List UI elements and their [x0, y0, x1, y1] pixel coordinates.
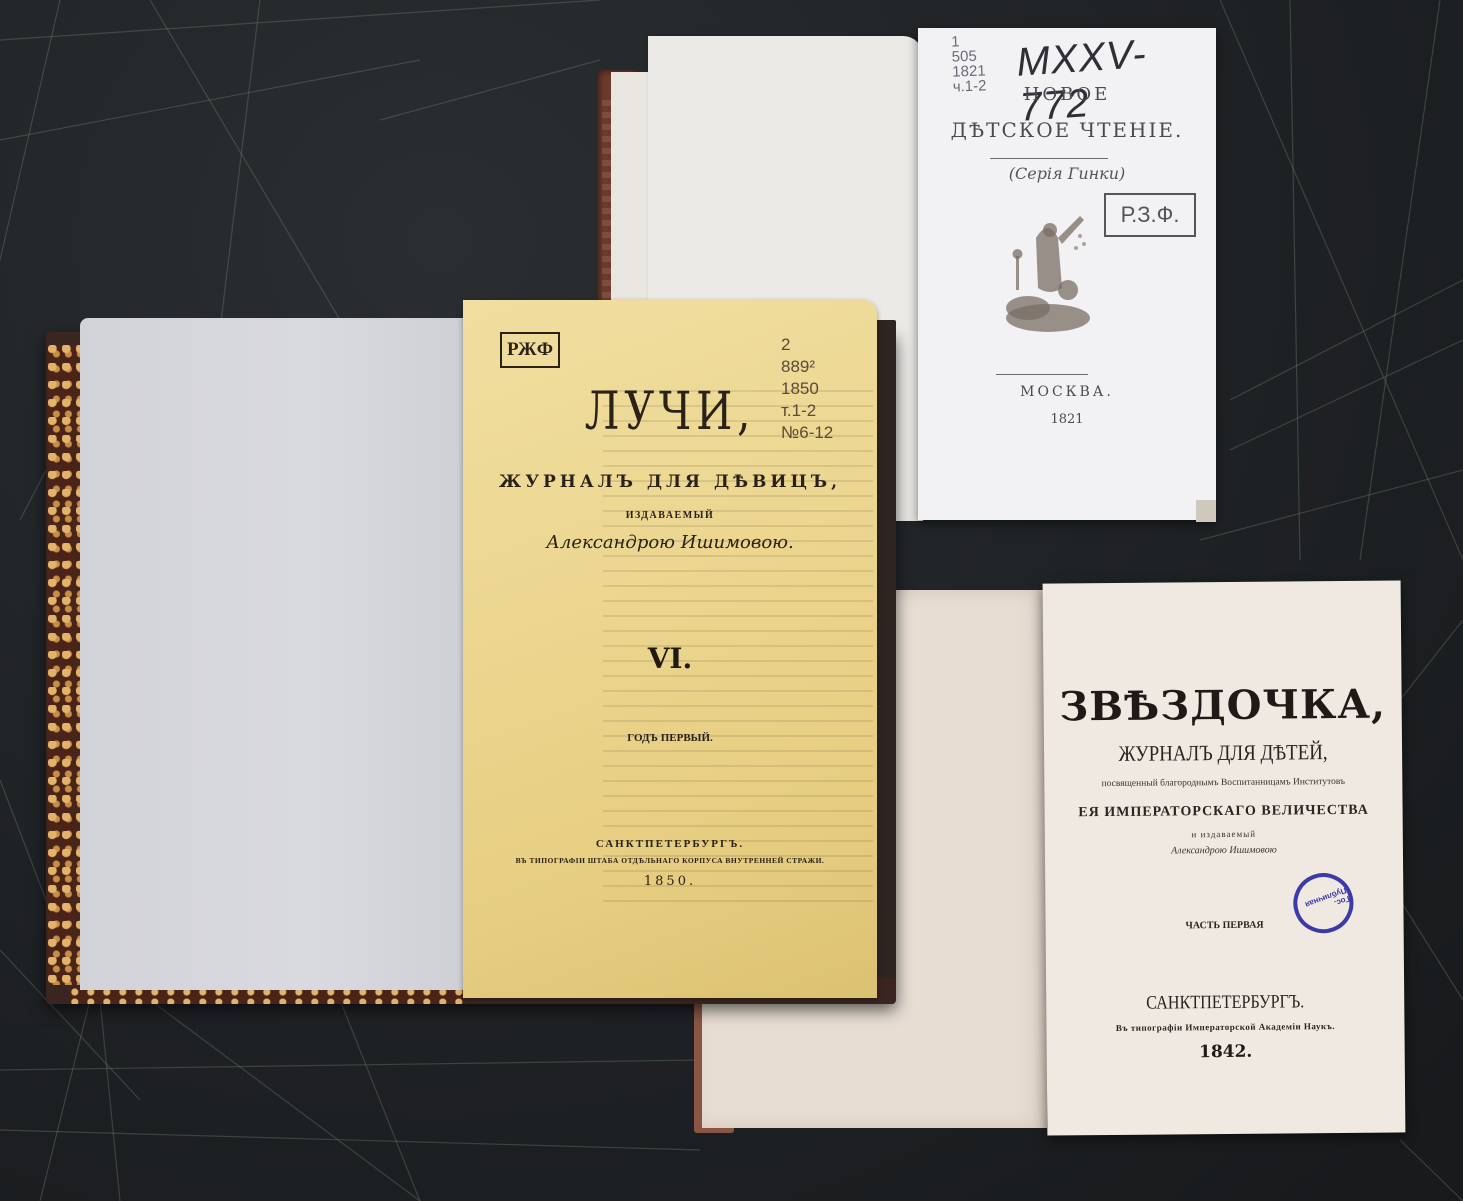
vignette-illustration-icon [988, 208, 1098, 338]
book-luchi-marbled-edge [70, 988, 465, 1004]
book-zvezdochka-published-by: и издаваемый [1045, 827, 1403, 840]
book-zvezdochka-subtitle: ЖУРНАЛЪ ДЛЯ ДѢТЕЙ, [1069, 739, 1377, 768]
book-luchi-city: САНКТПЕТЕРБУРГЪ. [463, 838, 877, 850]
book-zvezdochka-printer: Въ типографіи Императорской Академіи Нау… [1046, 1020, 1404, 1033]
divider-rule [990, 158, 1108, 159]
book-luchi-year-label: ГОДЪ ПЕРВЫЙ. [463, 732, 877, 744]
book-luchi-subtitle: ЖУРНАЛЪ ДЛЯ ДѢВИЦЪ, [463, 472, 877, 492]
book-luchi-title: ЛУЧИ, [504, 382, 835, 442]
book-luchi-flyleaf [80, 318, 466, 990]
book-zvezdochka-dedication: посвященный благороднымъ Воспитанницамъ … [1044, 776, 1402, 789]
book-zvezdochka-city: САНКТПЕТЕРБУРГЪ. [1073, 991, 1377, 1016]
book-luchi-editor: Александрою Ишимовою. [463, 532, 877, 553]
book-zvezdochka-year: 1842. [1047, 1040, 1405, 1063]
book-zvezdochka-imperial-line: ЕЯ ИМПЕРАТОРСКАГО ВЕЛИЧЕСТВА [1045, 802, 1403, 821]
book-luchi-volume: VI. [463, 642, 877, 675]
book-luchi-published-by: ИЗДАВАЕМЫЙ [463, 510, 877, 521]
book-zvezdochka-title-page: ЗВѢЗДОЧКА, ЖУРНАЛЪ ДЛЯ ДѢТЕЙ, посвященны… [1043, 580, 1406, 1135]
book-luchi-library-stamp: РЖФ [500, 332, 560, 368]
book-novoe-city: МОСКВА. [918, 384, 1216, 400]
book-luchi-title-page: РЖФ 2 889² 1850 т.1-2 №6-12 ЛУЧИ, ЖУРНАЛ… [463, 300, 877, 998]
book-luchi-year: 1850. [463, 874, 877, 889]
book-novoe-call-number: MXXV-772 [1015, 27, 1219, 131]
divider-rule [996, 374, 1088, 375]
book-zvezdochka-title: ЗВѢЗДОЧКА, [1043, 680, 1401, 730]
book-novoe-title-page: 1 505 1821 ч.1-2 MXXV-772 НОВОЕ ДѢТСКОЕ … [918, 28, 1216, 520]
book-zvezdochka-editor: Александрою Ишимовою [1045, 843, 1403, 857]
book-novoe-year: 1821 [918, 412, 1216, 427]
book-novoe-library-stamp: Р.З.Ф. [1104, 193, 1196, 237]
book-novoe-author-line: (Серія Гинки) [918, 164, 1216, 183]
book-novoe-page-edges [1196, 500, 1216, 522]
book-luchi-printer: ВЪ ТИПОГРАФІИ ШТАБА ОТДѢЛЬНАГО КОРПУСА В… [463, 856, 877, 865]
book-luchi-marbled-edge [48, 345, 82, 985]
book-zvezdochka-part: ЧАСТЬ ПЕРВАЯ [1046, 918, 1404, 932]
book-novoe-title-line1: НОВОЕ [918, 84, 1216, 105]
book-novoe-title-line2: ДѢТСКОЕ ЧТЕНІЕ. [918, 118, 1216, 142]
